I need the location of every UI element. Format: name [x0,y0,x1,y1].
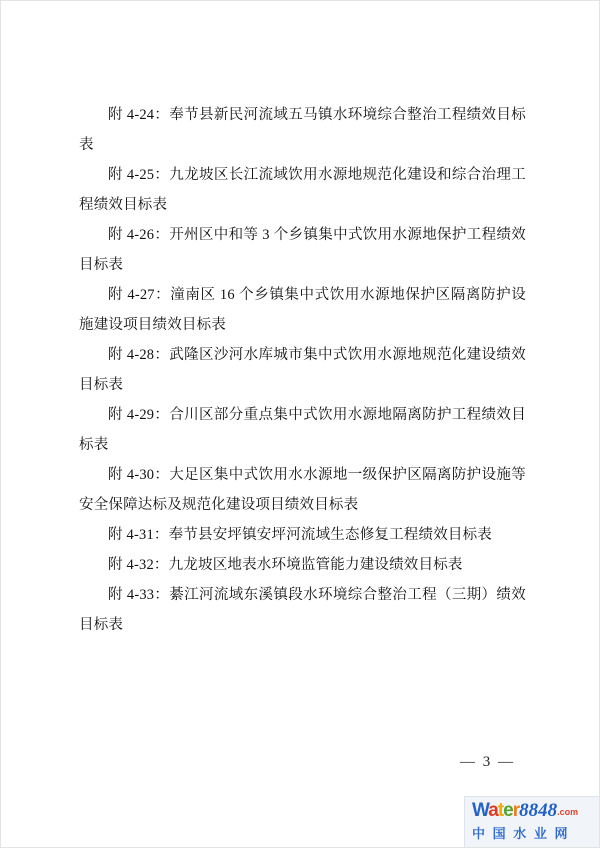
brand-tld: .com [557,807,578,817]
toc-item: 附 4-32：九龙坡区地表水环境监管能力建设绩效目标表 [79,550,526,580]
toc-item: 附 4-26：开州区中和等 3 个乡镇集中式饮用水源地保护工程绩效目标表 [79,220,526,280]
toc-item: 附 4-27：潼南区 16 个乡镇集中式饮用水源地保护区隔离防护设施建设项目绩效… [79,280,526,340]
brand-letter: a [488,800,498,821]
toc-item: 附 4-29：合川区部分重点集中式饮用水源地隔离防护工程绩效目标表 [79,400,526,460]
toc-item: 附 4-25：九龙坡区长江流域饮用水源地规范化建设和综合治理工程绩效目标表 [79,160,526,220]
toc-item: 附 4-31：奉节县安坪镇安坪河流域生态修复工程绩效目标表 [79,520,526,550]
brand-number: 8848 [519,800,557,821]
water8848-logo: Water8848.com 中 国 水 业 网 [464,796,599,847]
brand-subtitle: 中 国 水 业 网 [472,824,595,843]
page-number: — 3 — [1,754,515,771]
brand-letter: e [503,800,513,821]
brand-letter: W [472,800,488,821]
toc-list: 附 4-24：奉节县新民河流域五马镇水环境综合整治工程绩效目标表 附 4-25：… [79,100,526,640]
toc-item: 附 4-24：奉节县新民河流域五马镇水环境综合整治工程绩效目标表 [79,100,526,160]
toc-item: 附 4-30：大足区集中式饮用水水源地一级保护区隔离防护设施等安全保障达标及规范… [79,460,526,520]
toc-item: 附 4-28：武隆区沙河水库城市集中式饮用水源地规范化建设绩效目标表 [79,340,526,400]
water8848-wordmark: Water8848.com [472,801,595,822]
toc-item: 附 4-33：綦江河流域东溪镇段水环境综合整治工程（三期）绩效目标表 [79,580,526,640]
document-page: 附 4-24：奉节县新民河流域五马镇水环境综合整治工程绩效目标表 附 4-25：… [0,0,600,848]
